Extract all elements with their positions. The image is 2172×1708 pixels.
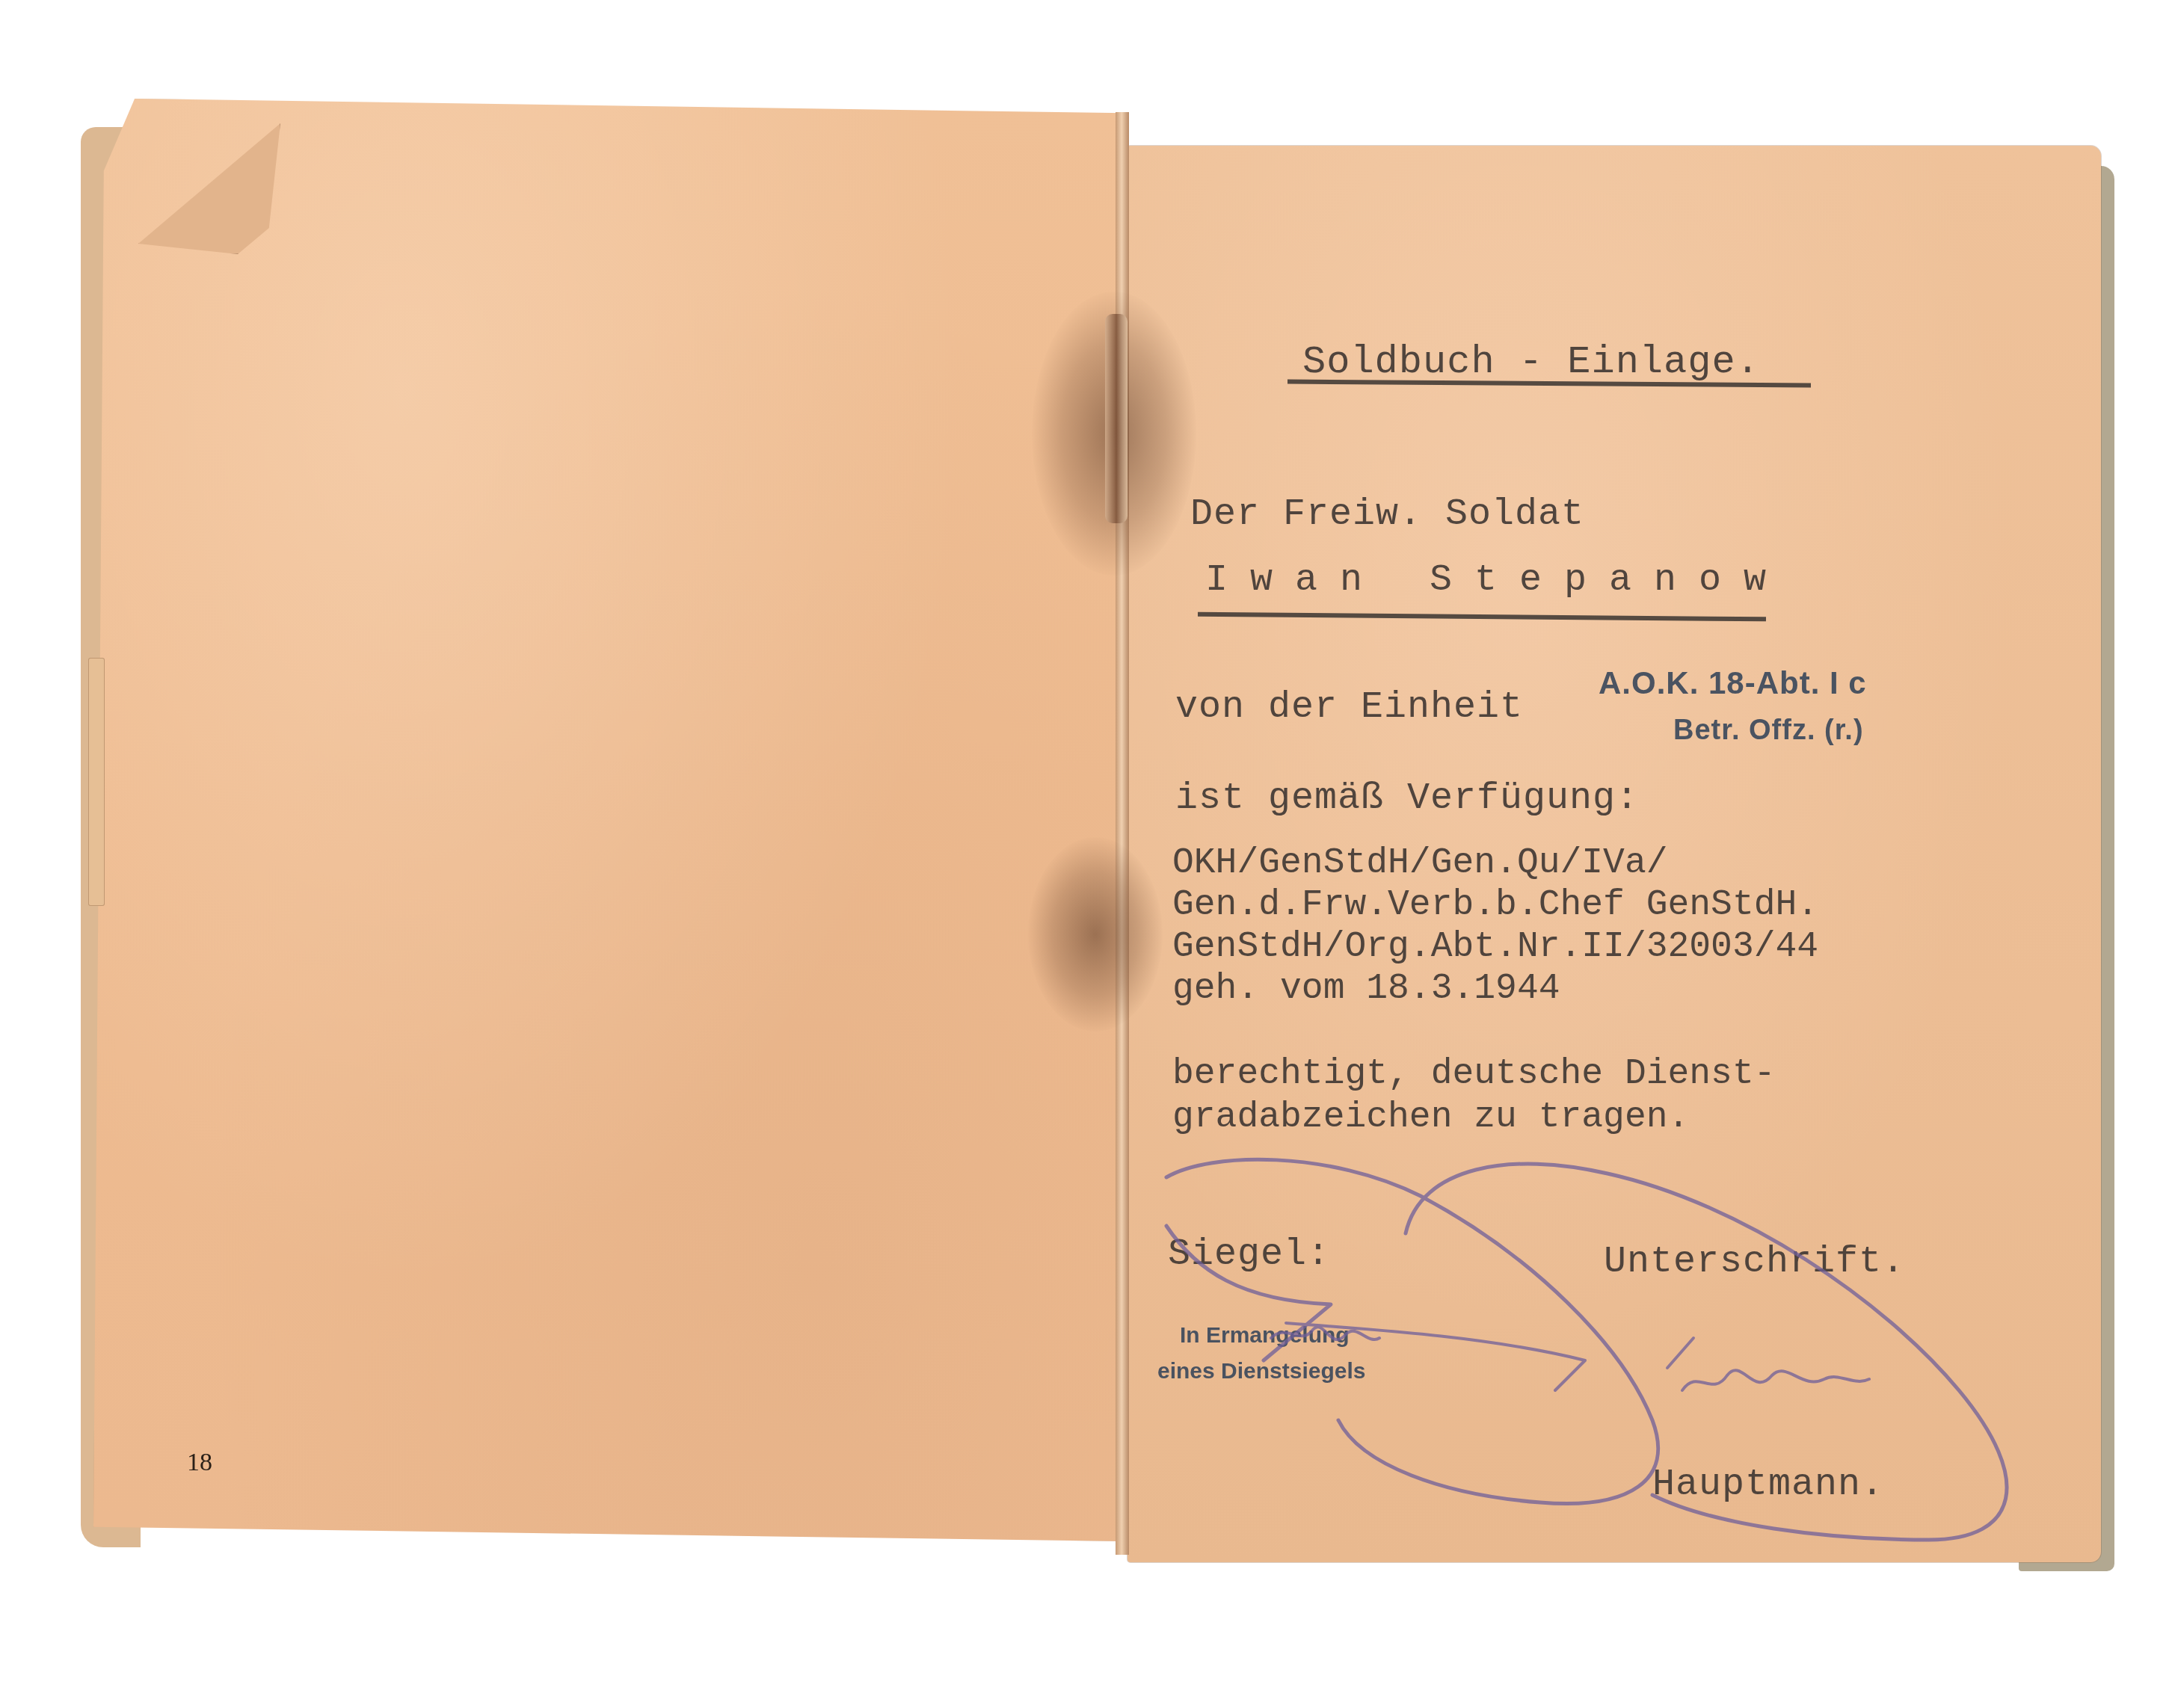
seal-label: Siegel: (1168, 1233, 1330, 1276)
unit-label: von der Einheit (1175, 686, 1523, 729)
authorization-line: gradabzeichen zu tragen. (1172, 1097, 1689, 1138)
unit-stamp-line-2: Betr. Offz. (r.) (1673, 715, 1864, 747)
signature-label: Unterschrift. (1604, 1241, 1905, 1283)
soldier-name: Iwan Stepanow (1205, 559, 1788, 602)
order-reference-line: OKH/GenStdH/Gen.Qu/IVa/ (1172, 843, 1668, 884)
page-number: 18 (187, 1449, 212, 1477)
open-soldbuch-booklet: 18 Soldbuch - Einlage. Der Freiw. Soldat… (0, 0, 2172, 1708)
order-intro: ist gemäß Verfügung: (1175, 777, 1639, 820)
unit-stamp-line-1: A.O.K. 18-Abt. I c (1599, 665, 1867, 701)
rust-stain-middle (1028, 837, 1163, 1032)
rank-line: Der Freiw. Soldat (1190, 493, 1584, 536)
signatory-rank: Hauptmann. (1652, 1464, 1884, 1506)
document-title: Soldbuch - Einlage. (1302, 340, 1760, 384)
order-reference-line: Gen.d.Frw.Verb.b.Chef GenStdH. (1172, 885, 1818, 925)
order-reference-date: geh. vom 18.3.1944 (1172, 969, 1560, 1009)
order-reference-line: GenStdH/Org.Abt.Nr.II/32003/44 (1172, 927, 1818, 967)
seal-stamp-line-2: eines Dienstsiegels (1157, 1359, 1365, 1384)
left-page (93, 99, 1124, 1541)
page-edge-tab (88, 658, 105, 906)
authorization-line: berechtigt, deutsche Dienst- (1172, 1054, 1776, 1094)
seal-stamp-line-1: In Ermangelung (1180, 1323, 1350, 1348)
spine-tear (1105, 314, 1127, 523)
